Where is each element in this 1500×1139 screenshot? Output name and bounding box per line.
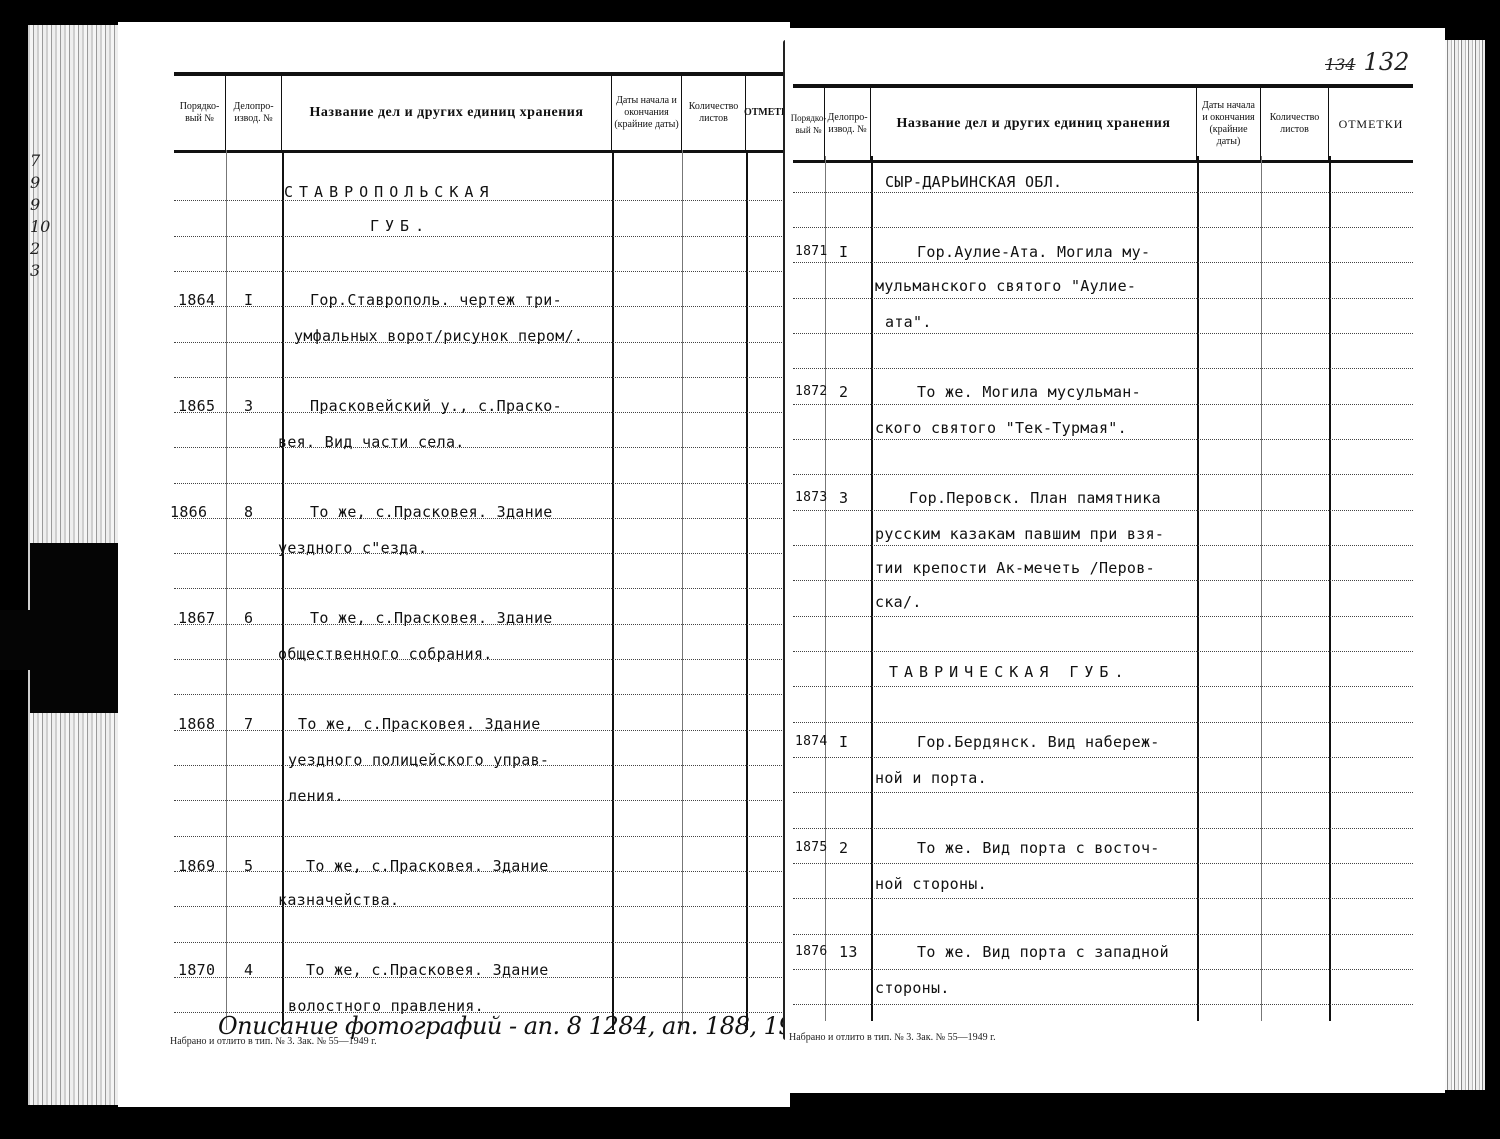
entry-title-line: ной стороны. bbox=[875, 874, 987, 894]
entry-serial: 1867 bbox=[178, 608, 215, 628]
entry-title-line: русским казакам павшим при взя- bbox=[875, 524, 1164, 544]
entry-serial: 1876 bbox=[795, 942, 828, 962]
entry-title-line: То же, с.Прасковея. Здание bbox=[306, 856, 549, 876]
entry-title-line: Гор.Бердянск. Вид набереж- bbox=[917, 732, 1160, 752]
entry-title-line: То же. Вид порта с восточ- bbox=[917, 838, 1160, 858]
header-sheets: Количество листов bbox=[682, 76, 746, 150]
entry-office: I bbox=[244, 290, 253, 310]
entry-serial: 1865 bbox=[178, 396, 215, 416]
entry-office: 2 bbox=[839, 382, 848, 402]
entry-title-line: Гор.Аулие-Ата. Могила му- bbox=[917, 242, 1150, 262]
left-table-body: СТАВРОПОЛЬСКАЯ ГУБ. 1864 I Гор.Ставропол… bbox=[174, 150, 794, 1030]
entry-title-line: Гор.Ставрополь. чертеж три- bbox=[310, 290, 562, 310]
entry-title-line: уездного полицейского управ- bbox=[288, 750, 549, 770]
entry-serial: 1868 bbox=[178, 714, 215, 734]
entry-serial: 1872 bbox=[795, 382, 828, 402]
entry-office: 4 bbox=[244, 960, 253, 980]
entry-title-line: вея. Вид части села. bbox=[278, 432, 465, 452]
printer-imprint: Набрано и отлито в тип. № 3. Зак. № 55—1… bbox=[170, 1036, 377, 1047]
entry-serial: 1871 bbox=[795, 242, 828, 262]
header-serial: Порядко-вый № bbox=[174, 76, 226, 150]
left-table-header: Порядко-вый № Делопро-извод. № Название … bbox=[174, 72, 794, 153]
entry-title-line: умфальных ворот/рисунок пером/. bbox=[294, 326, 583, 346]
entry-office: 5 bbox=[244, 856, 253, 876]
entry-office: 3 bbox=[839, 488, 848, 508]
section-title: ТАВРИЧЕСКАЯ ГУБ. bbox=[889, 662, 1130, 682]
right-page: 134132 Порядко-вый № Делопро-извод. № На… bbox=[785, 28, 1445, 1093]
page-number-current: 132 bbox=[1364, 48, 1410, 76]
entry-serial: 1869 bbox=[178, 856, 215, 876]
entry-office: 7 bbox=[244, 714, 253, 734]
entry-title-line: казначейства. bbox=[278, 890, 399, 910]
header-title: Название дел и других единиц хранения bbox=[871, 88, 1197, 160]
entry-title-line: То же, с.Прасковея. Здание bbox=[298, 714, 541, 734]
header-notes: ОТМЕТКИ bbox=[1329, 88, 1413, 160]
entry-title-line: То же, с.Прасковея. Здание bbox=[310, 502, 553, 522]
printer-imprint: Набрано и отлито в тип. № 3. Зак. № 55—1… bbox=[789, 1032, 996, 1043]
entry-office: 6 bbox=[244, 608, 253, 628]
entry-title-line: уездного с"езда. bbox=[278, 538, 427, 558]
header-sheets: Количество листов bbox=[1261, 88, 1329, 160]
right-table-body: СЫР-ДАРЬИНСКАЯ ОБЛ. 1871 I Гор.Аулие-Ата… bbox=[793, 156, 1413, 1021]
header-serial: Порядко-вый № bbox=[793, 88, 825, 160]
binder-clip-shadow bbox=[0, 610, 120, 670]
section-title: СТАВРОПОЛЬСКАЯ bbox=[284, 182, 494, 202]
entry-title-line: Гор.Перовск. План памятника bbox=[909, 488, 1161, 508]
entry-serial: 1866 bbox=[170, 502, 207, 522]
entry-title-line: То же, с.Прасковея. Здание bbox=[310, 608, 553, 628]
entry-title-line: То же, с.Прасковея. Здание bbox=[306, 960, 549, 980]
header-dates: Даты начала и окончания (крайние даты) bbox=[612, 76, 682, 150]
section-title-suffix: ГУБ. bbox=[370, 216, 430, 236]
entry-serial: 1873 bbox=[795, 488, 828, 508]
entry-title-line: мульманского святого "Аулие- bbox=[875, 276, 1136, 296]
entry-office: 2 bbox=[839, 838, 848, 858]
right-table-header: Порядко-вый № Делопро-извод. № Название … bbox=[793, 84, 1413, 163]
entry-office: I bbox=[839, 732, 848, 752]
entry-title-line: ной и порта. bbox=[875, 768, 987, 788]
page-number-struck: 134 bbox=[1325, 55, 1356, 74]
header-title: Название дел и других единиц хранения bbox=[282, 76, 612, 150]
entry-office: I bbox=[839, 242, 848, 262]
entry-title-line: ата". bbox=[885, 312, 932, 332]
left-page: Порядко-вый № Делопро-извод. № Название … bbox=[118, 22, 790, 1107]
entry-office: 8 bbox=[244, 502, 253, 522]
entry-title-line: стороны. bbox=[875, 978, 950, 998]
entry-serial: 1874 bbox=[795, 732, 828, 752]
entry-serial: 1875 bbox=[795, 838, 828, 858]
entry-title-line: ска/. bbox=[875, 592, 922, 612]
entry-title-line: общественного собрания. bbox=[278, 644, 493, 664]
entry-title-line: ского святого "Тек-Турмая". bbox=[875, 418, 1127, 438]
entry-title-line: ления. bbox=[288, 786, 344, 806]
page-number: 134132 bbox=[1325, 48, 1409, 76]
entry-office: 13 bbox=[839, 942, 858, 962]
entry-serial: 1864 bbox=[178, 290, 215, 310]
entry-title-line: Прасковейский у., с.Праско- bbox=[310, 396, 562, 416]
entry-title-line: То же. Могила мусульман- bbox=[917, 382, 1141, 402]
header-dates: Даты начала и окончания (крайние даты) bbox=[1197, 88, 1261, 160]
entry-serial: 1870 bbox=[178, 960, 215, 980]
entry-office: 3 bbox=[244, 396, 253, 416]
section-title: СЫР-ДАРЬИНСКАЯ ОБЛ. bbox=[885, 172, 1062, 192]
header-office: Делопро-извод. № bbox=[226, 76, 282, 150]
left-margin-handwritten-numbers: 7 9 9 10 2 3 bbox=[30, 150, 54, 282]
header-office: Делопро-извод. № bbox=[825, 88, 871, 160]
entry-title-line: То же. Вид порта с западной bbox=[917, 942, 1169, 962]
book-right-page-edges bbox=[1440, 40, 1485, 1090]
entry-title-line: тии крепости Ак-мечеть /Перов- bbox=[875, 558, 1155, 578]
